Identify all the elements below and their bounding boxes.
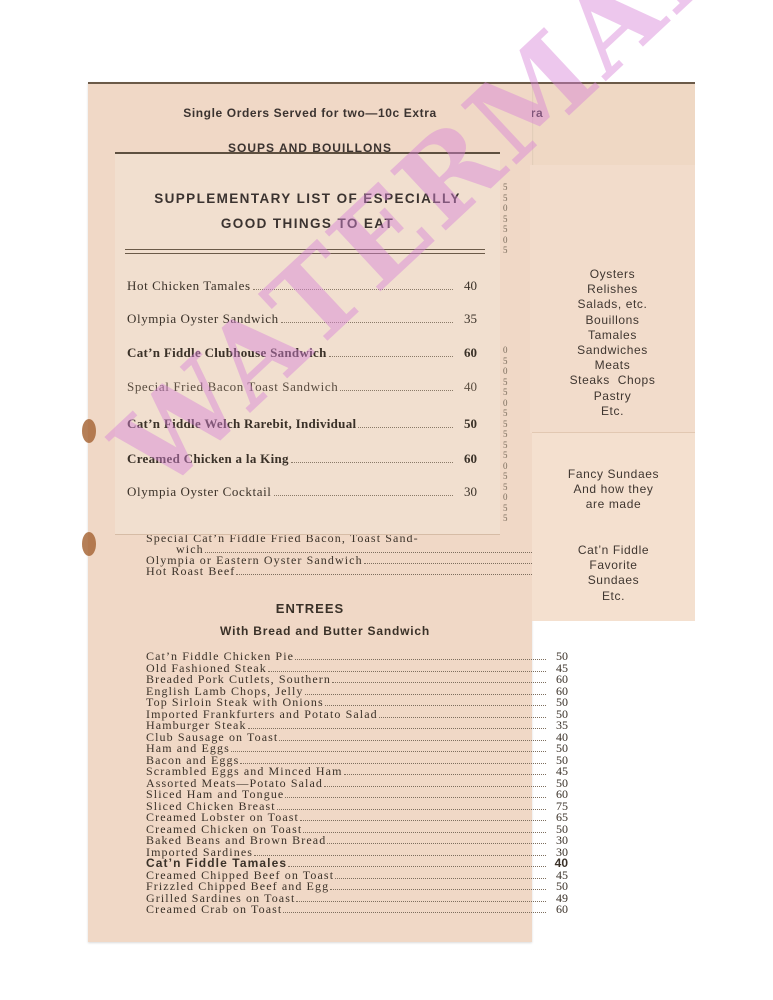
contents-item: Etc. [530,404,695,419]
entrees-heading: ENTREES [88,601,532,616]
dot-leader [236,574,546,575]
contents-item: Sandwiches [530,343,695,358]
single-orders-note-left: Single Orders Served for two—10c Extra [88,106,532,120]
contents-panel: Oysters Relishes Salads, etc. Bouillons … [530,165,695,433]
sundaes-line: Cat’n Fiddle [532,543,695,558]
menu-item: Creamed Crab on Toast60 [146,904,568,916]
contents-item: Salads, etc. [530,297,695,312]
partial-price-column: 05 05 50 55 55 50 55 05 5 [503,345,513,524]
sundaes-line: Favorite [532,558,695,573]
sundaes-panel: Fancy Sundaes And how they are made Cat’… [532,432,695,621]
partial-price-column: 55 05 50 5 [503,182,513,256]
stain-mark [82,419,96,443]
stain-mark [82,532,96,556]
supplementary-card: SUPPLEMENTARY LIST OF ESPECIALLY GOOD TH… [115,152,500,535]
sundaes-line: And how they [532,482,695,497]
supplementary-item: Olympia Oyster Sandwich35 [127,311,477,327]
double-rule-divider [125,249,485,254]
contents-item: Tamales [530,328,695,343]
sundaes-line: Etc. [532,589,695,604]
contents-item: Oysters [530,267,695,282]
contents-item: Relishes [530,282,695,297]
supplementary-item: Olympia Oyster Cocktail30 [127,484,477,500]
dot-leader [364,563,546,564]
entrees-subheading: With Bread and Butter Sandwich [118,624,532,638]
sundaes-line: Fancy Sundaes [532,467,695,482]
sundaes-line: Sundaes [532,573,695,588]
sundaes-block-1: Fancy Sundaes And how they are made [532,467,695,513]
contents-item: Bouillons [530,313,695,328]
supplementary-item: Special Fried Bacon Toast Sandwich40 [127,379,477,395]
menu-item: Hot Roast Beef 30 [146,566,568,578]
sundaes-line: are made [532,497,695,512]
contents-list: Oysters Relishes Salads, etc. Bouillons … [530,267,695,419]
supplementary-item-featured: Cat’n Fiddle Clubhouse Sandwich60 [127,345,477,361]
contents-item: Steaks Chops [530,373,695,388]
supplementary-title: SUPPLEMENTARY LIST OF ESPECIALLY GOOD TH… [115,186,500,236]
supplementary-item-featured: Creamed Chicken a la King60 [127,451,477,467]
contents-item: Meats [530,358,695,373]
supplementary-item: Hot Chicken Tamales40 [127,278,477,294]
supplementary-item-featured: Cat’n Fiddle Welch Rarebit, Individual50 [127,416,477,432]
contents-item: Pastry [530,389,695,404]
sundaes-block-2: Cat’n Fiddle Favorite Sundaes Etc. [532,543,695,604]
